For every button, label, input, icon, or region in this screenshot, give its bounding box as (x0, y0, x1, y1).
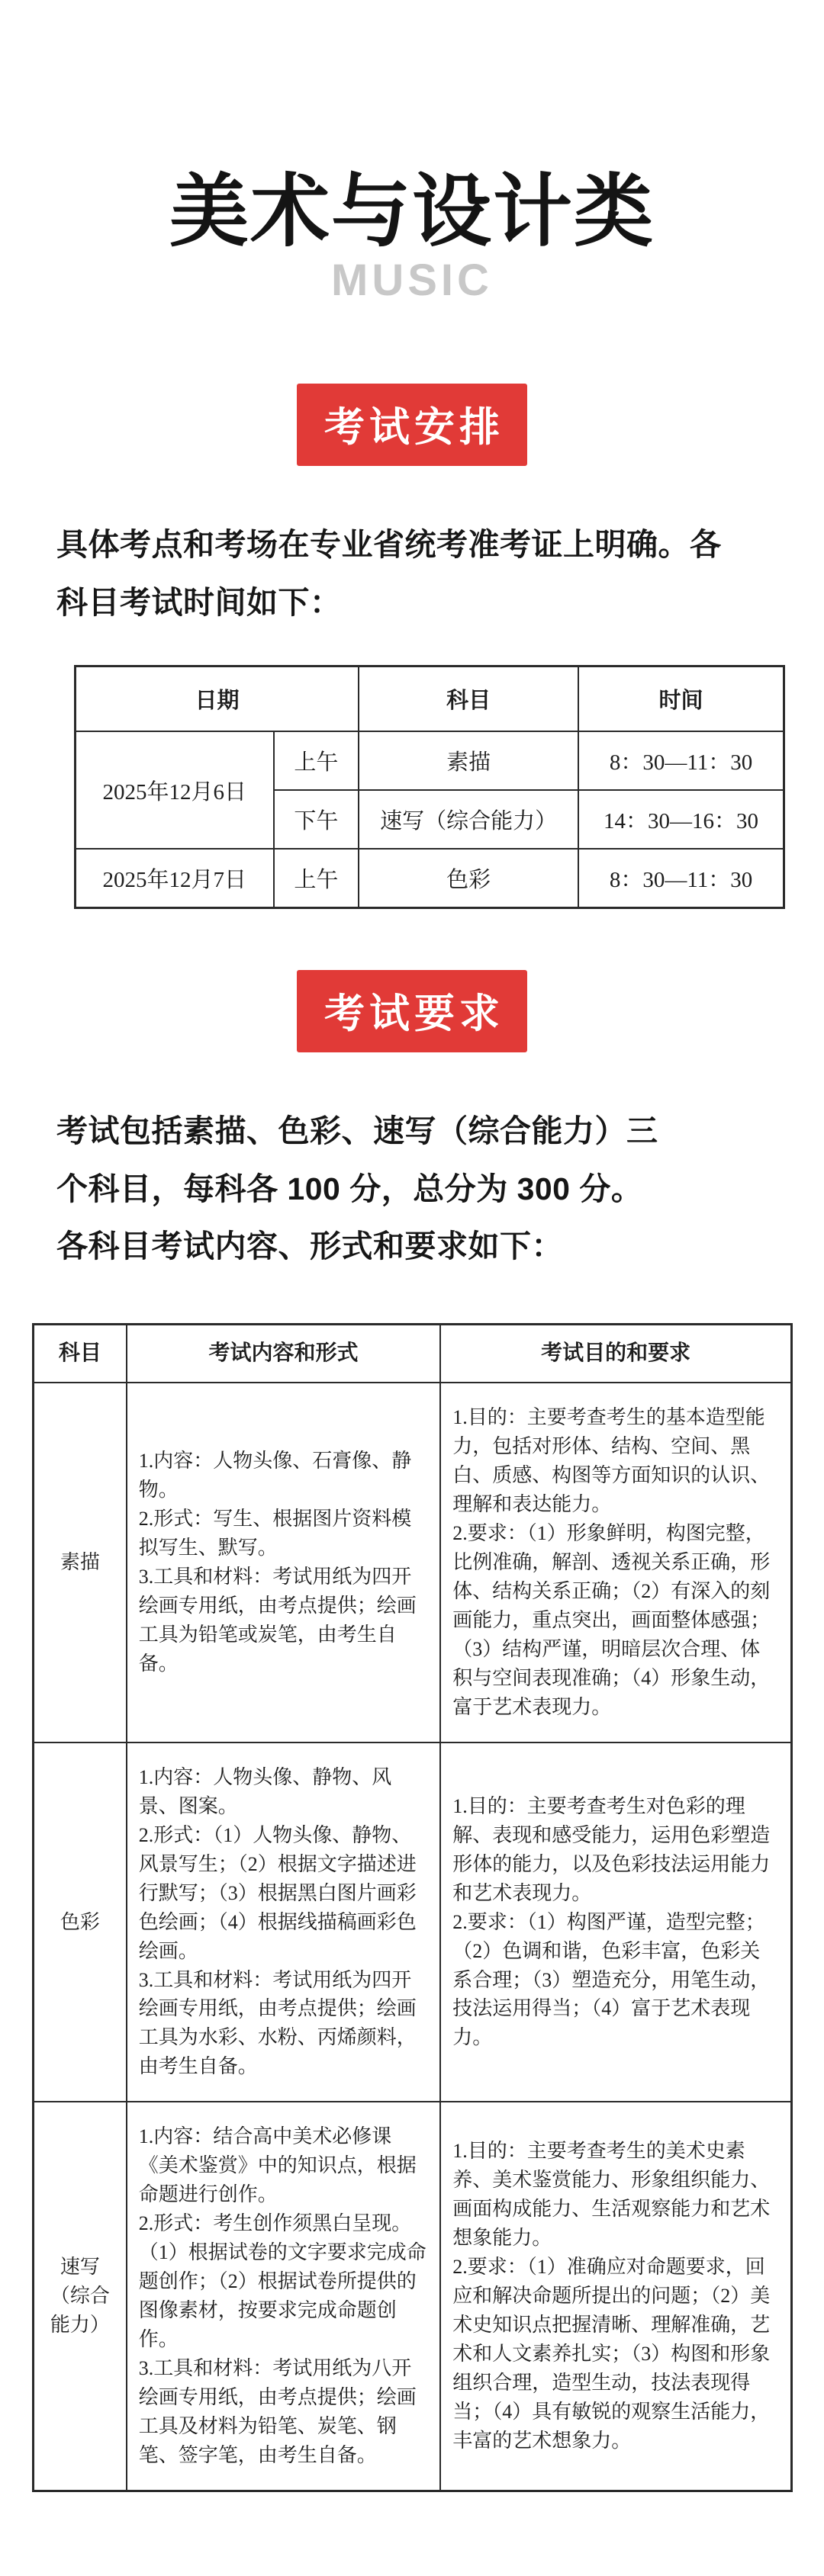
requirements-cell-purpose: 1.目的：主要考查考生的美术史素养、美术鉴赏能力、形象组织能力、画面构成能力、生… (440, 2102, 791, 2491)
schedule-cell-session: 下午 (274, 790, 359, 849)
schedule-header-time: 时间 (578, 666, 784, 732)
page: { "colors": { "accent_red": "#e13a37", "… (0, 0, 824, 2576)
requirements-header-content: 考试内容和形式 (127, 1324, 441, 1383)
schedule-row: 2025年12月6日 上午 素描 8：30—11：30 (76, 731, 784, 790)
schedule-cell-time: 8：30—11：30 (578, 849, 784, 908)
page-title: 美术与设计类 (0, 0, 824, 255)
requirements-cell-content: 1.内容：人物头像、石膏像、静物。 2.形式：写生、根据图片资料模拟写生、默写。… (127, 1383, 441, 1742)
requirements-cell-content: 1.内容：结合高中美术必修课《美术鉴赏》中的知识点，根据命题进行创作。 2.形式… (127, 2102, 441, 2491)
schedule-cell-subject: 素描 (359, 731, 578, 790)
requirements-cell-purpose: 1.目的：主要考查考生对色彩的理解、表现和感受能力，运用色彩塑造形体的能力，以及… (440, 1742, 791, 2102)
requirements-row-color: 色彩 1.内容：人物头像、静物、风景、图案。 2.形式：（1）人物头像、静物、风… (34, 1742, 792, 2102)
schedule-header-subject: 科目 (359, 666, 578, 732)
schedule-cell-session: 上午 (274, 731, 359, 790)
schedule-intro-paragraph: 具体考点和考场在专业省统考准考证上明确。各 科目考试时间如下： (56, 516, 768, 631)
requirements-header-row: 科目 考试内容和形式 考试目的和要求 (34, 1324, 792, 1383)
requirements-header-purpose: 考试目的和要求 (440, 1324, 791, 1383)
schedule-cell-session: 上午 (274, 849, 359, 908)
schedule-cell-subject: 速写（综合能力） (359, 790, 578, 849)
requirements-cell-subject: 素描 (34, 1383, 127, 1742)
page-subtitle: MUSIC (0, 255, 824, 306)
requirements-cell-subject: 速写 （综合 能力） (34, 2102, 127, 2491)
requirements-cell-content: 1.内容：人物头像、静物、风景、图案。 2.形式：（1）人物头像、静物、风景写生… (127, 1742, 441, 2102)
requirements-cell-subject: 色彩 (34, 1742, 127, 2102)
schedule-header-row: 日期 科目 时间 (76, 666, 784, 732)
requirements-row-quicksketch: 速写 （综合 能力） 1.内容：结合高中美术必修课《美术鉴赏》中的知识点，根据命… (34, 2102, 792, 2491)
schedule-cell-time: 14：30—16：30 (578, 790, 784, 849)
schedule-cell-subject: 色彩 (359, 849, 578, 908)
schedule-row: 2025年12月7日 上午 色彩 8：30—11：30 (76, 849, 784, 908)
schedule-cell-time: 8：30—11：30 (578, 731, 784, 790)
schedule-cell-date: 2025年12月7日 (76, 849, 274, 908)
schedule-cell-date: 2025年12月6日 (76, 731, 274, 849)
bottom-whitespace (0, 2492, 824, 2576)
schedule-header-date: 日期 (76, 666, 359, 732)
section-badge-requirements: 考试要求 (297, 970, 527, 1052)
schedule-table: 日期 科目 时间 2025年12月6日 上午 素描 8：30—11：30 下午 … (74, 665, 785, 909)
requirements-header-subject: 科目 (34, 1324, 127, 1383)
requirements-row-sketch: 素描 1.内容：人物头像、石膏像、静物。 2.形式：写生、根据图片资料模拟写生、… (34, 1383, 792, 1742)
requirements-intro-paragraph: 考试包括素描、色彩、速写（综合能力）三 个科目，每科各 100 分，总分为 30… (56, 1103, 768, 1275)
section-badge-schedule: 考试安排 (297, 384, 527, 466)
requirements-cell-purpose: 1.目的：主要考查考生的基本造型能力，包括对形体、结构、空间、黑白、质感、构图等… (440, 1383, 791, 1742)
requirements-table: 科目 考试内容和形式 考试目的和要求 素描 1.内容：人物头像、石膏像、静物。 … (32, 1323, 793, 2492)
